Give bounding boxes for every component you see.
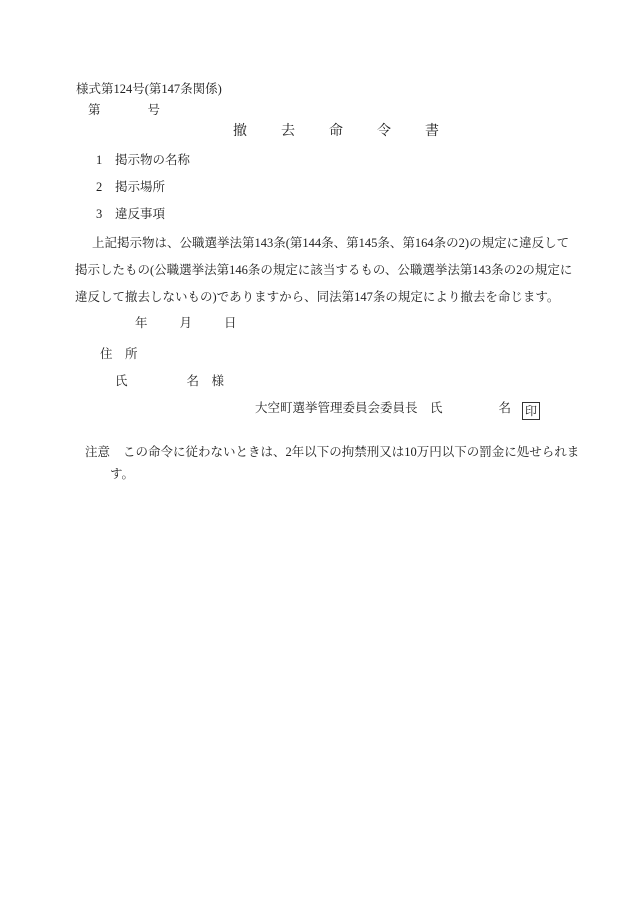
item-number: 1 bbox=[96, 153, 103, 168]
body-line: 掲示したもの(公職選挙法第146条の規定に該当するもの、公職選挙法第143条の2… bbox=[75, 257, 580, 284]
item-label: 掲示物の名称 bbox=[115, 153, 190, 167]
body-line: 上記掲示物は、公職選挙法第143条(第144条、第145条、第164条の2)の規… bbox=[75, 230, 580, 257]
list-item-violation: 3違反事項 bbox=[96, 204, 165, 222]
notice-first-row: 注意この命令に従わないときは、2年以下の拘禁刑又は10万円以下の罰金に処せられま bbox=[85, 441, 579, 463]
notice-block: 注意この命令に従わないときは、2年以下の拘禁刑又は10万円以下の罰金に処せられま… bbox=[85, 441, 579, 485]
body-line: 違反して撤去しないもの)でありますから、同法第147条の規定により撤去を命じます… bbox=[75, 284, 580, 311]
doc-number-suffix: 号 bbox=[148, 103, 161, 117]
year-label: 年 bbox=[135, 316, 148, 330]
list-item-notice-name: 1掲示物の名称 bbox=[96, 150, 190, 168]
notice-text-line: この命令に従わないときは、2年以下の拘禁刑又は10万円以下の罰金に処せられま bbox=[123, 445, 579, 459]
list-item-posting-place: 2掲示場所 bbox=[96, 177, 165, 195]
notice-text-line: す。 bbox=[110, 467, 134, 481]
body-paragraph: 上記掲示物は、公職選挙法第143条(第144条、第145条、第164条の2)の規… bbox=[75, 230, 580, 312]
address-label: 住 所 bbox=[100, 344, 138, 362]
month-label: 月 bbox=[180, 316, 193, 330]
issuer-title-and-sei: 大空町選挙管理委員会委員長 氏 bbox=[255, 401, 443, 415]
form-number: 様式第124号(第147条関係) bbox=[76, 79, 222, 97]
notice-second-row: す。 bbox=[85, 463, 579, 485]
date-line: 年月日 bbox=[135, 313, 237, 331]
addressee-mei-honorific: 名 様 bbox=[187, 374, 225, 388]
addressee-sei-label: 氏 bbox=[115, 374, 128, 388]
document-page: 様式第124号(第147条関係) 第号 撤去命令書 1掲示物の名称 2掲示場所 … bbox=[0, 0, 630, 903]
document-number-line: 第号 bbox=[88, 100, 160, 118]
issuer-line: 大空町選挙管理委員会委員長 氏名印 bbox=[255, 398, 540, 420]
addressee-line: 氏名 様 bbox=[115, 371, 224, 389]
document-title: 撤去命令書 bbox=[233, 120, 473, 140]
issuer-mei-label: 名 bbox=[499, 401, 512, 415]
item-number: 2 bbox=[96, 180, 103, 195]
day-label: 日 bbox=[224, 316, 237, 330]
notice-label: 注意 bbox=[85, 445, 110, 459]
item-number: 3 bbox=[96, 207, 103, 222]
item-label: 掲示場所 bbox=[115, 180, 165, 194]
item-label: 違反事項 bbox=[115, 207, 165, 221]
seal-mark: 印 bbox=[522, 402, 540, 420]
doc-number-prefix: 第 bbox=[88, 103, 101, 117]
